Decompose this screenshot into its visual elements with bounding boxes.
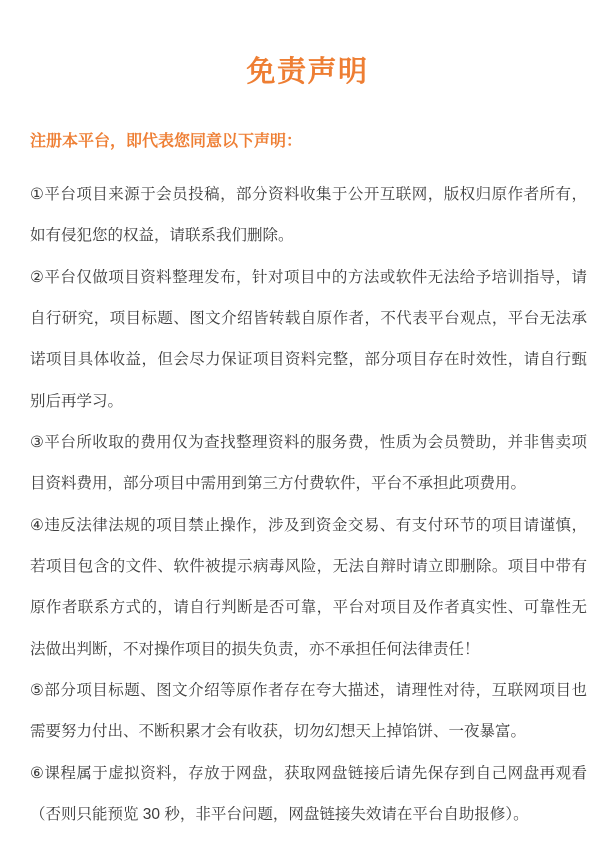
body-line: ⑥课程属于虚拟资料，存放于网盘，获取网盘链接后请先保存到自己网盘再观看 [30,753,587,794]
body-line: 法做出判断，不对操作项目的损失负责，亦不承担任何法律责任！ [30,629,587,670]
body-line: ①平台项目来源于会员投稿，部分资料收集于公开互联网，版权归原作者所有， [30,174,587,215]
body-line: 诺项目具体收益，但会尽力保证项目资料完整，部分项目存在时效性，请自行甄 [30,339,587,380]
body-line: ②平台仅做项目资料整理发布，针对项目中的方法或软件无法给予培训指导，请 [30,257,587,298]
page-title: 免责声明 [0,54,615,90]
body-line: 如有侵犯您的权益，请联系我们删除。 [30,215,587,256]
body-line: 原作者联系方式的，请自行判断是否可靠，平台对项目及作者真实性、可靠性无 [30,587,587,628]
disclaimer-body: ①平台项目来源于会员投稿，部分资料收集于公开互联网，版权归原作者所有， 如有侵犯… [30,174,587,836]
body-line: ③平台所收取的费用仅为查找整理资料的服务费，性质为会员赞助，并非售卖项 [30,422,587,463]
body-line: 若项目包含的文件、软件被提示病毒风险，无法自辩时请立即删除。项目中带有 [30,546,587,587]
disclaimer-page: 免责声明 注册本平台，即代表您同意以下声明： ①平台项目来源于会员投稿，部分资料… [0,0,615,856]
body-line: 自行研究，项目标题、图文介绍皆转载自原作者，不代表平台观点，平台无法承 [30,298,587,339]
body-line: （否则只能预览 30 秒，非平台问题，网盘链接失效请在平台自助报修）。 [30,794,587,835]
body-line: 需要努力付出、不断积累才会有收获，切勿幻想天上掉馅饼、一夜暴富。 [30,711,587,752]
body-line: ⑤部分项目标题、图文介绍等原作者存在夸大描述，请理性对待，互联网项目也 [30,670,587,711]
body-line: ④违反法律法规的项目禁止操作，涉及到资金交易、有支付环节的项目请谨慎， [30,505,587,546]
body-line: 目资料费用，部分项目中需用到第三方付费软件，平台不承担此项费用。 [30,463,587,504]
intro-statement: 注册本平台，即代表您同意以下声明： [30,131,587,152]
body-line: 别后再学习。 [30,381,587,422]
